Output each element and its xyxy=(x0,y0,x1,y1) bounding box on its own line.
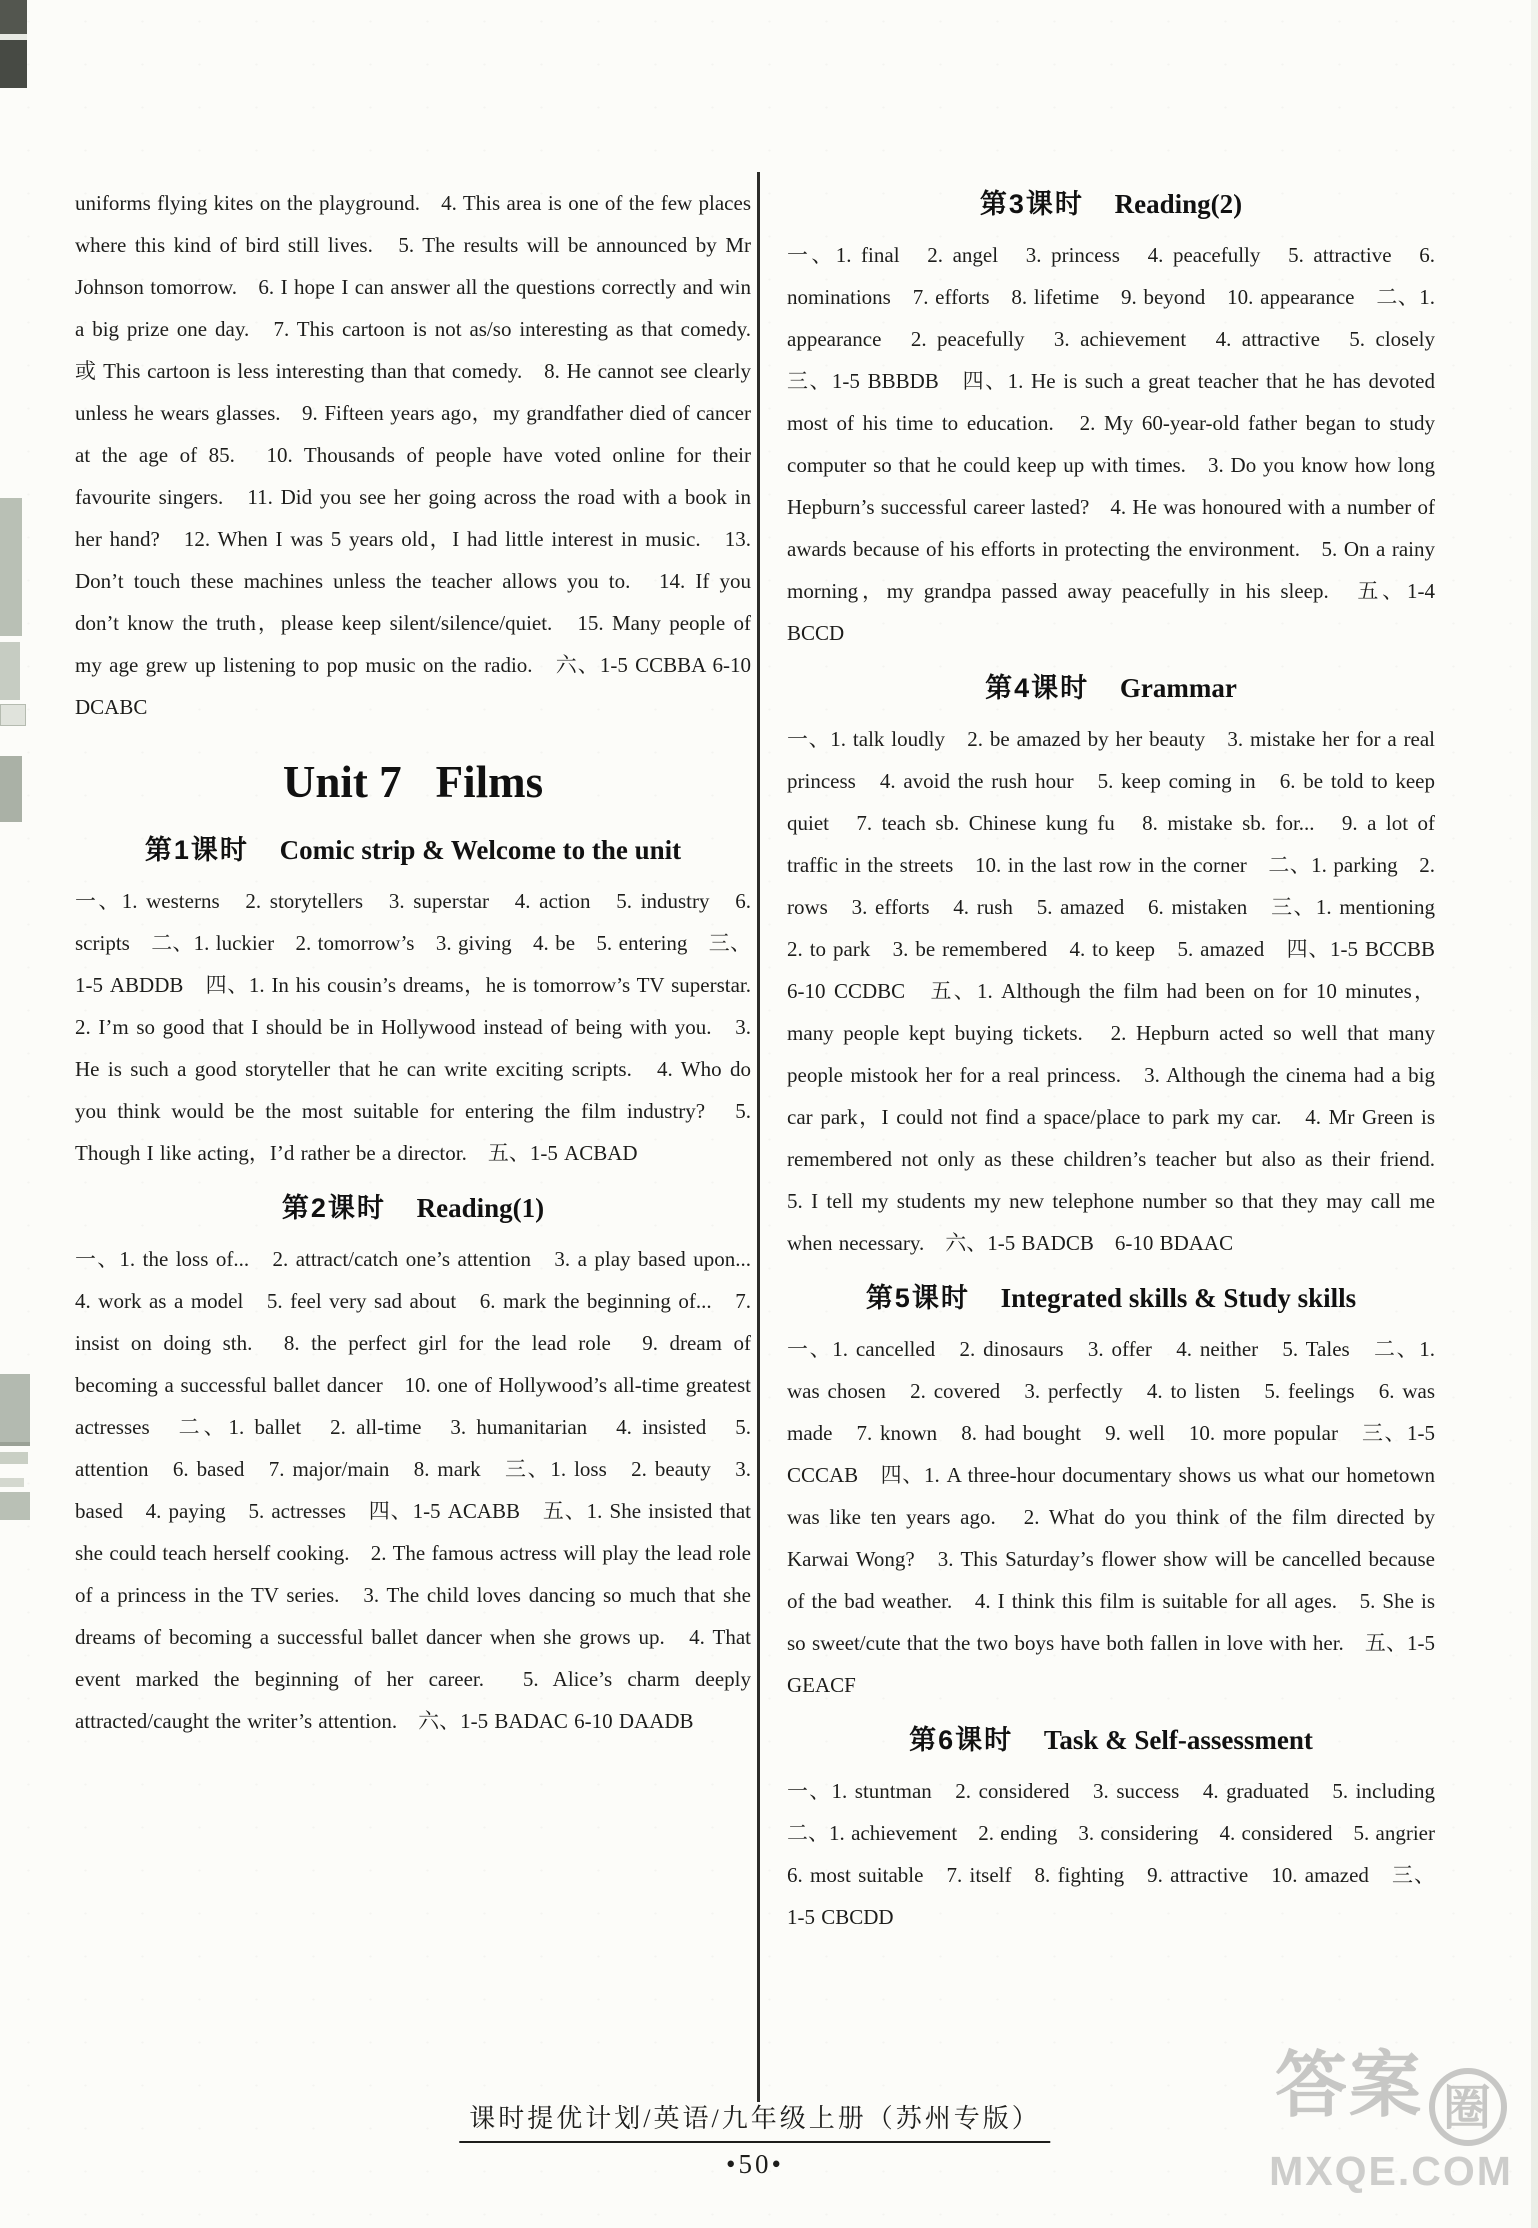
lesson-4-heading: 第4课时 Grammar xyxy=(787,670,1435,706)
scan-artifact xyxy=(0,1492,30,1520)
watermark-brand-circle-glyph: 圈 xyxy=(1429,2068,1507,2146)
scan-artifact xyxy=(0,756,22,822)
scan-artifact xyxy=(0,1374,30,1446)
page-footer: 课时提优计划/英语/九年级上册（苏州专版） •50• xyxy=(459,2098,1050,2180)
watermark-brand-text: 答案 xyxy=(1275,2046,1423,2126)
right-column: 第3课时 Reading(2) 一、1. final 2. angel 3. p… xyxy=(787,182,1435,1940)
unit-title: Unit 7Films xyxy=(75,756,751,808)
lesson-1-heading: 第1课时 Comic strip & Welcome to the unit xyxy=(75,832,751,868)
answer-paragraph-lesson-4: 一、1. talk loudly 2. be amazed by her bea… xyxy=(787,718,1435,1264)
answer-paragraph-unit6-continuation: uniforms flying kites on the playground.… xyxy=(75,182,751,728)
scan-artifact xyxy=(0,1478,24,1487)
answer-paragraph-lesson-3: 一、1. final 2. angel 3. princess 4. peace… xyxy=(787,234,1435,654)
scan-artifact-right-edge xyxy=(1531,0,1538,2228)
lesson-4-heading-zh: 第4课时 xyxy=(985,673,1089,703)
answer-paragraph-lesson-5: 一、1. cancelled 2. dinosaurs 3. offer 4. … xyxy=(787,1328,1435,1706)
answer-paragraph-lesson-6: 一、1. stuntman 2. considered 3. success 4… xyxy=(787,1770,1435,1938)
lesson-1-heading-en: Comic strip & Welcome to the unit xyxy=(280,835,681,865)
page-content: uniforms flying kites on the playground.… xyxy=(75,182,1435,1940)
scan-artifact xyxy=(0,704,26,726)
answer-paragraph-lesson-1: 一、1. westerns 2. storytellers 3. superst… xyxy=(75,880,751,1174)
lesson-1-heading-zh: 第1课时 xyxy=(145,835,249,865)
lesson-5-heading: 第5课时 Integrated skills & Study skills xyxy=(787,1280,1435,1316)
lesson-2-heading: 第2课时 Reading(1) xyxy=(75,1190,751,1226)
watermark-brand: 答案圈 xyxy=(1248,2043,1534,2146)
unit-title-name: Films xyxy=(436,757,544,807)
footer-page-number: •50• xyxy=(459,2149,1050,2180)
lesson-4-heading-en: Grammar xyxy=(1120,673,1237,703)
scan-artifact xyxy=(0,642,20,700)
lesson-5-heading-en: Integrated skills & Study skills xyxy=(1001,1283,1357,1313)
scan-artifact xyxy=(0,498,22,636)
lesson-6-heading-zh: 第6课时 xyxy=(909,1725,1013,1755)
lesson-6-heading-en: Task & Self-assessment xyxy=(1044,1725,1313,1755)
watermark-site-url: MXQE.COM xyxy=(1248,2148,1534,2194)
lesson-5-heading-zh: 第5课时 xyxy=(866,1283,970,1313)
lesson-6-heading: 第6课时 Task & Self-assessment xyxy=(787,1722,1435,1758)
lesson-2-heading-en: Reading(1) xyxy=(417,1193,545,1223)
scan-artifact-corner xyxy=(0,0,27,88)
lesson-3-heading: 第3课时 Reading(2) xyxy=(787,186,1435,222)
answer-paragraph-lesson-2: 一、1. the loss of... 2. attract/catch one… xyxy=(75,1238,751,1742)
scanned-answer-page: uniforms flying kites on the playground.… xyxy=(0,0,1538,2228)
lesson-3-heading-en: Reading(2) xyxy=(1115,189,1243,219)
lesson-2-heading-zh: 第2课时 xyxy=(282,1193,386,1223)
unit-title-number: Unit 7 xyxy=(283,757,402,807)
scan-artifact xyxy=(0,1452,28,1464)
site-watermark: 答案圈 MXQE.COM xyxy=(1248,2043,1534,2194)
lesson-3-heading-zh: 第3课时 xyxy=(980,189,1084,219)
left-column: uniforms flying kites on the playground.… xyxy=(75,182,751,1744)
footer-book-label: 课时提优计划/英语/九年级上册（苏州专版） xyxy=(459,2098,1050,2143)
